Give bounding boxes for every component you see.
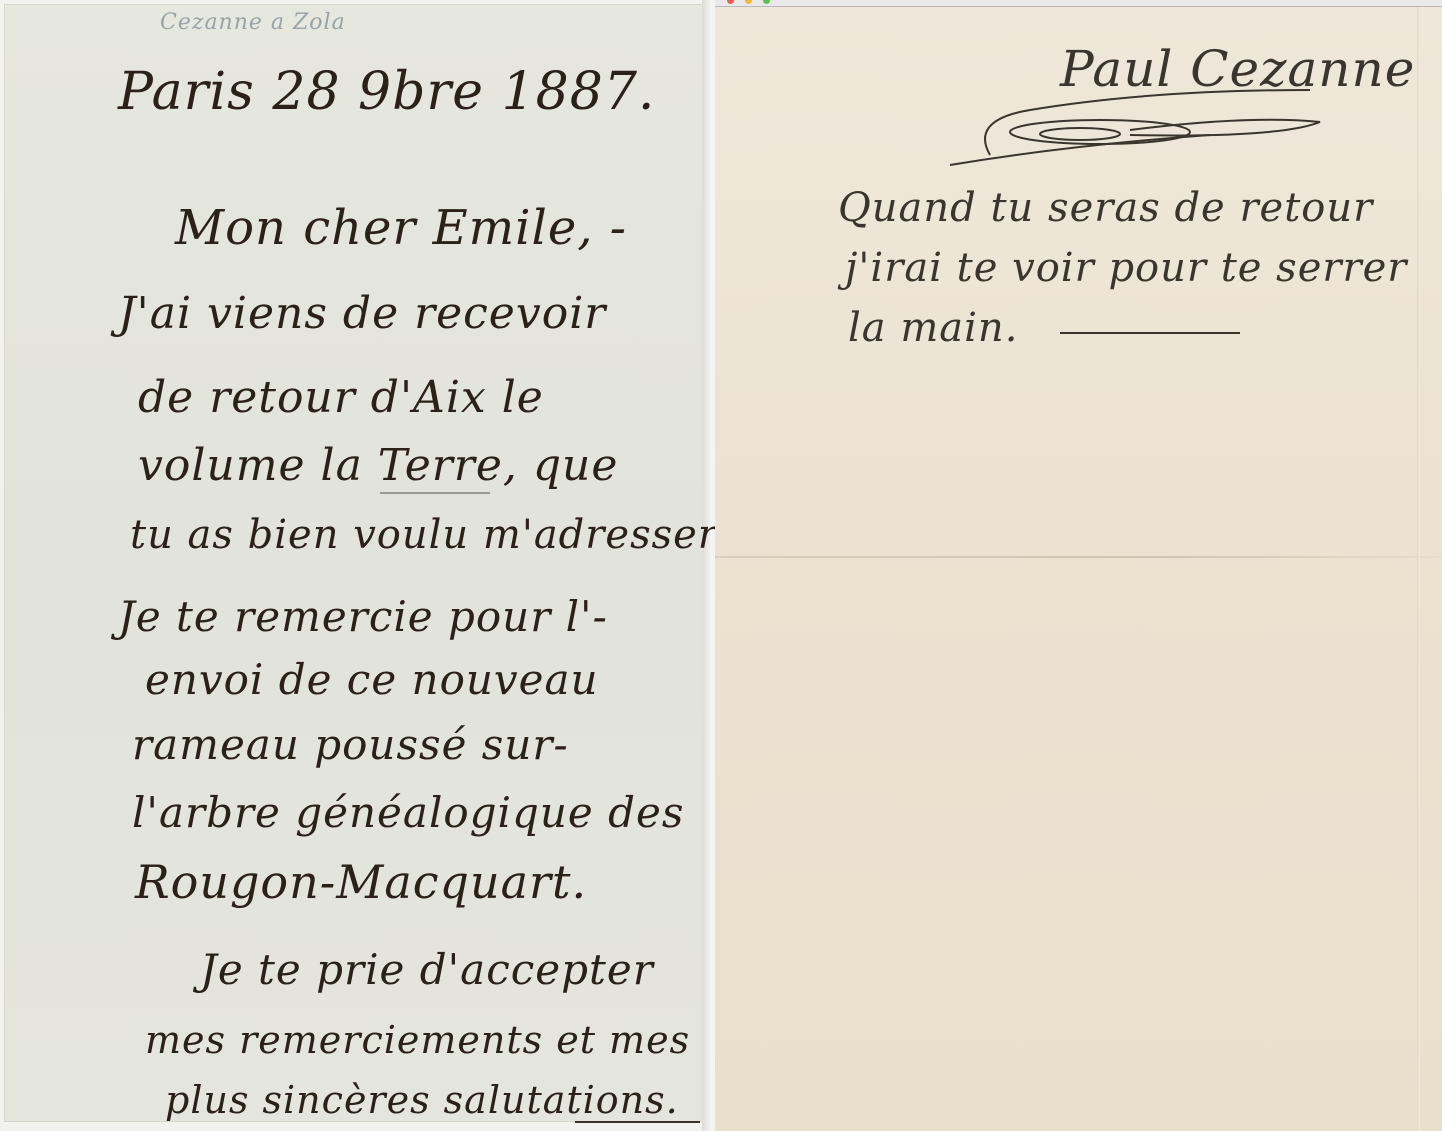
zoom-window-button[interactable] bbox=[763, 0, 770, 4]
terre-underline bbox=[380, 492, 490, 494]
postscript-line: la main. bbox=[848, 305, 1018, 351]
postscript-flourish-line bbox=[1060, 332, 1240, 334]
letter-line: Rougon-Macquart. bbox=[135, 855, 587, 909]
page-edge bbox=[702, 0, 712, 1131]
paper-fold-horizontal bbox=[715, 556, 1442, 558]
letter-line: plus sincères salutations. bbox=[165, 1078, 679, 1122]
minimize-window-button[interactable] bbox=[745, 0, 752, 4]
letter-line: mes remerciements et mes bbox=[145, 1018, 690, 1062]
archive-pencil-note: Cezanne a Zola bbox=[160, 10, 346, 35]
letter-dateline: Paris 28 9bre 1887. bbox=[118, 62, 655, 122]
letter-line: Je te remercie pour l'- bbox=[118, 592, 608, 641]
letter-line: rameau poussé sur- bbox=[132, 720, 569, 769]
letter-line: l'arbre généalogique des bbox=[132, 788, 684, 837]
letter-line: tu as bien voulu m'adresser. bbox=[130, 512, 727, 558]
letter-line: J'ai viens de recevoir bbox=[118, 288, 606, 339]
letter-line: Je te prie d'accepter bbox=[200, 945, 654, 994]
postscript-line: j'irai te voir pour te serrer bbox=[845, 245, 1407, 291]
letter-line: de retour d'Aix le bbox=[138, 372, 544, 423]
postscript-line: Quand tu seras de retour bbox=[838, 185, 1373, 231]
paper-fold-vertical bbox=[1417, 6, 1420, 1131]
closing-underline bbox=[575, 1121, 700, 1123]
letter-page-left: Cezanne a Zola Paris 28 9bre 1887. Mon c… bbox=[0, 0, 712, 1131]
signature-flourish bbox=[950, 60, 1420, 170]
letter-salutation: Mon cher Emile, - bbox=[175, 200, 627, 256]
close-window-button[interactable] bbox=[727, 0, 734, 4]
letter-line: volume la Terre, que bbox=[138, 440, 618, 491]
window-titlebar bbox=[715, 0, 1442, 7]
letter-line: envoi de ce nouveau bbox=[145, 655, 599, 704]
